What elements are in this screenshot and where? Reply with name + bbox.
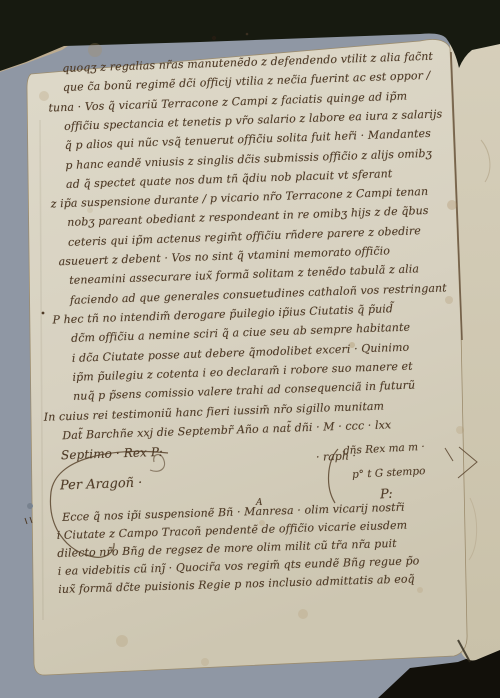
manuscript-photo: quoqʒ z regalias nr̃as manutenẽdo z defe…: [0, 0, 500, 698]
royal-signature-line2: p° t G stempo: [352, 465, 426, 481]
manuscript-text-layer: quoqʒ z regalias nr̃as manutenẽdo z defe…: [0, 0, 500, 698]
dateline: Dat̃ Barchñe xxj die Septembr̃ Año a nat…: [62, 418, 391, 442]
closing-line: Septimo · Rex P:: [61, 446, 163, 462]
royal-signature-line1: dñs Rex ma m ·: [343, 441, 425, 457]
manuscript-line: dc̃m offic̃iu a nemine sciri q̃ a ciue s…: [71, 321, 410, 345]
first-letter-block: quoqʒ z regalias nr̃as manutenẽdo z defe…: [62, 49, 464, 62]
royal-signature-paraph: P:: [380, 487, 393, 503]
section-heading-per-aragon: Per Aragoñ ·: [60, 476, 143, 494]
